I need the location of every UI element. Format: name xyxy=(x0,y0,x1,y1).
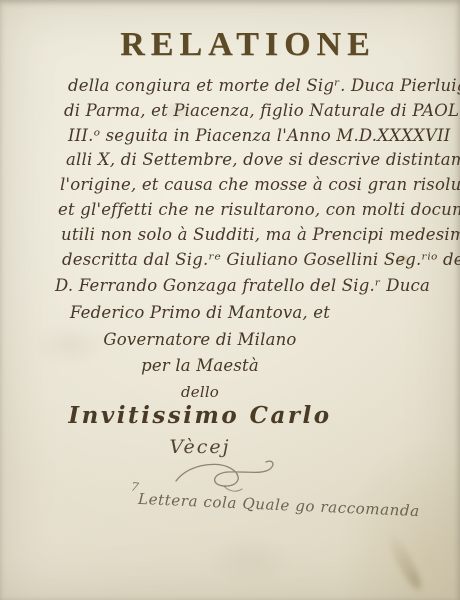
manuscript-line: della congiura et morte del Sigʳ. Duca P… xyxy=(68,76,460,95)
manuscript-line: et gl'effetti che ne risultarono, con mo… xyxy=(58,200,460,219)
manuscript-line: di Parma, et Piacenza, figlio Naturale d… xyxy=(64,101,460,120)
manuscript-line: descritta dal Sig.ʳᵉ Giuliano Gosellini … xyxy=(62,250,460,269)
manuscript-line-centered: per la Maestà xyxy=(0,356,400,375)
manuscript-line: utili non solo à Sudditi, ma à Prencipi … xyxy=(61,225,460,244)
manuscript-line: alli X, di Settembre, dove si descrive d… xyxy=(66,150,460,169)
flourish-swirl-icon xyxy=(170,455,290,495)
manuscript-line: D. Ferrando Gonzaga fratello del Sig.ʳ D… xyxy=(55,276,430,295)
manuscript-line-centered: Governatore di Milano xyxy=(0,330,400,349)
manuscript-title: RELATIONE xyxy=(36,26,460,64)
manuscript-page: RELATIONE della congiura et morte del Si… xyxy=(0,0,460,600)
manuscript-line-centered: Federico Primo di Mantova, et xyxy=(0,303,400,322)
ink-smudge-stain xyxy=(383,529,427,596)
dedication-lead-in: dello xyxy=(0,383,400,401)
manuscript-line: l'origine, et causa che mosse à cosi gra… xyxy=(60,175,460,194)
dedication-name: Invitissimo Carlo xyxy=(0,402,400,429)
manuscript-line: III.ᵒ seguita in Piacenza l'Anno M.D.XXX… xyxy=(68,126,451,145)
